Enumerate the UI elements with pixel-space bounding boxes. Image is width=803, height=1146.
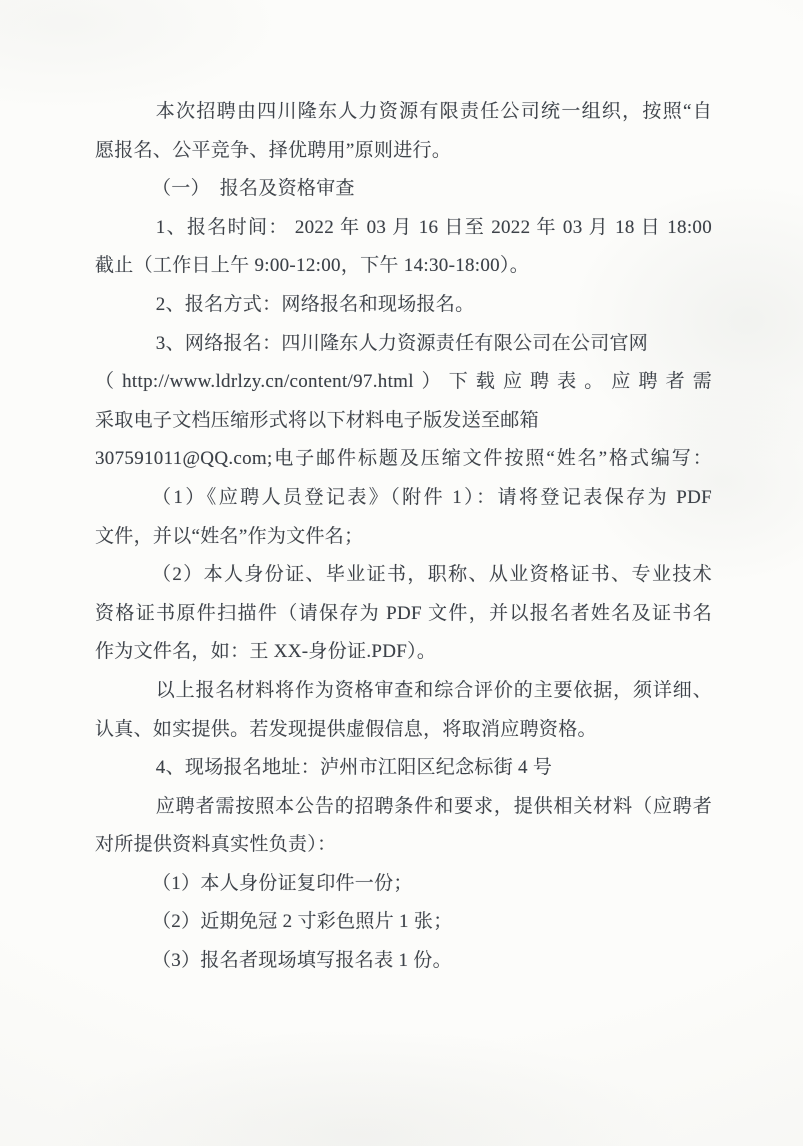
text-line: 采取电子文档压缩形式将以下材料电子版发送至邮箱 xyxy=(95,402,712,441)
scanned-page: 本次招聘由四川隆东人力资源有限责任公司统一组织，按照“自愿报名、公平竞争、择优聘… xyxy=(0,0,803,1146)
text-line: 认真、如实提供。若发现提供虚假信息，将取消应聘资格。 xyxy=(95,711,712,750)
text-line: 文件，并以“姓名”作为文件名； xyxy=(95,518,712,557)
text-line: 以上报名材料将作为资格审查和综合评价的主要依据，须详细、 xyxy=(95,672,712,711)
text-line: 对所提供资料真实性负责）： xyxy=(95,826,712,865)
text-line: （1）《应聘人员登记表》（附件 1）：请将登记表保存为 PDF xyxy=(95,479,712,518)
text-line: （http://www.ldrlzy.cn/content/97.html）下载… xyxy=(95,363,712,402)
text-line: 本次招聘由四川隆东人力资源有限责任公司统一组织，按照“自 xyxy=(95,93,712,132)
text-line: 应聘者需按照本公告的招聘条件和要求，提供相关材料（应聘者 xyxy=(95,788,712,827)
text-line: 作为文件名，如：王 XX-身份证.PDF）。 xyxy=(95,633,712,672)
text-line: 307591011@QQ.com;电子邮件标题及压缩文件按照“姓名”格式编写： xyxy=(95,440,712,479)
text-line: （2）本人身份证、毕业证书，职称、从业资格证书、专业技术 xyxy=(95,556,712,595)
text-line: 愿报名、公平竞争、择优聘用”原则进行。 xyxy=(95,132,712,171)
text-line: 1、报名时间： 2022 年 03 月 16 日至 2022 年 03 月 18… xyxy=(95,209,712,248)
text-line: 3、网络报名：四川隆东人力资源责任有限公司在公司官网 xyxy=(95,325,712,364)
text-line: 4、现场报名地址：泸州市江阳区纪念标街 4 号 xyxy=(95,749,712,788)
text-line: 2、报名方式：网络报名和现场报名。 xyxy=(95,286,712,325)
text-line: （一） 报名及资格审查 xyxy=(95,170,712,209)
text-line: （3）报名者现场填写报名表 1 份。 xyxy=(95,942,712,981)
text-line: 截止（工作日上午 9:00-12:00，下午 14:30-18:00）。 xyxy=(95,247,712,286)
text-line: （2）近期免冠 2 寸彩色照片 1 张； xyxy=(95,903,712,942)
text-line: （1）本人身份证复印件一份； xyxy=(95,865,712,904)
text-line: 资格证书原件扫描件（请保存为 PDF 文件，并以报名者姓名及证书名 xyxy=(95,595,712,634)
document-body: 本次招聘由四川隆东人力资源有限责任公司统一组织，按照“自愿报名、公平竞争、择优聘… xyxy=(95,93,712,981)
